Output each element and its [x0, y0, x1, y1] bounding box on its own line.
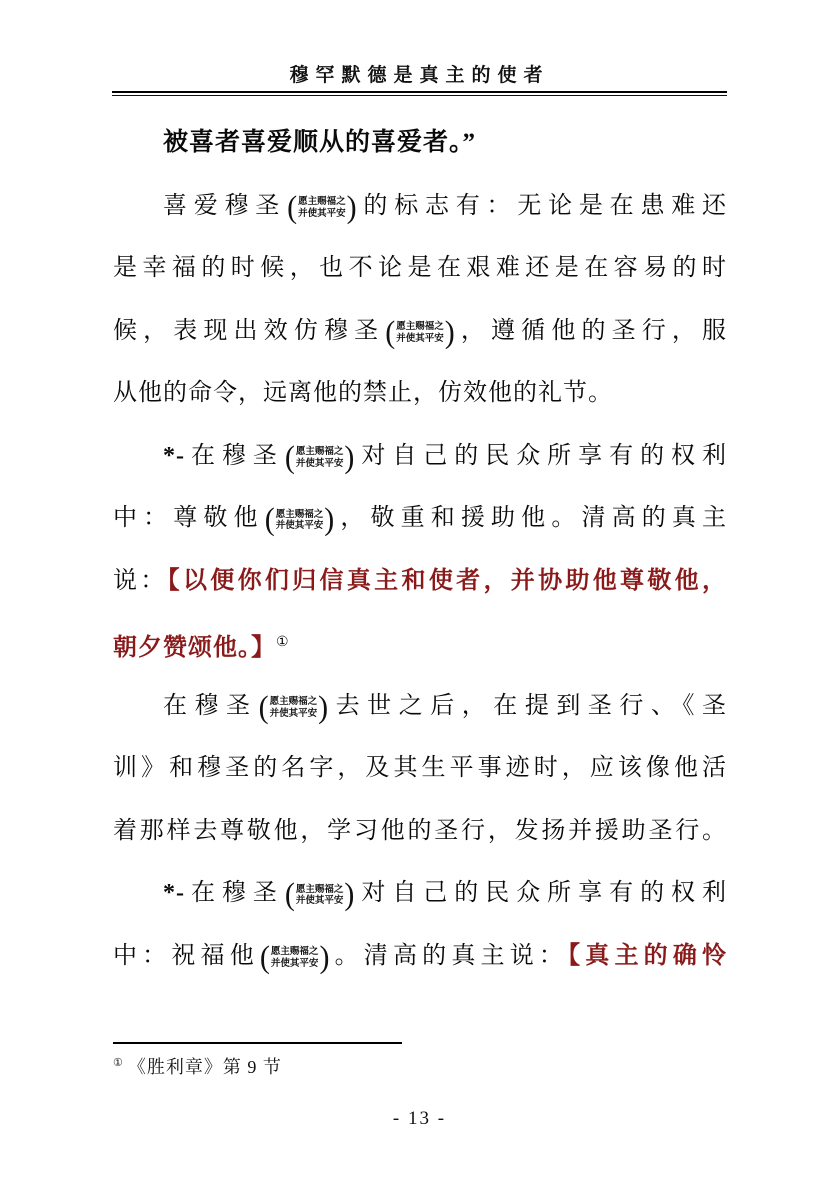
blessing-line2: 并使其平安 — [276, 520, 324, 532]
footnote-separator-rule — [113, 1042, 402, 1044]
close-paren-icon: ) — [324, 506, 334, 533]
body-text-segment: 中：祝福他 — [113, 943, 259, 969]
body-text-segment: 在穆圣 — [163, 693, 258, 719]
blessing-annotation: (愿主赐福之并使其平安) — [265, 507, 335, 533]
paragraph-line: 从他的命令，远离他的禁止，仿效他的礼节。 — [113, 362, 727, 425]
body-text-segment: 训》和穆圣的名字，及其生平事迹时，应该像他活 — [113, 755, 727, 781]
body-text-segment: 在穆圣 — [185, 880, 284, 906]
blessing-text: 愿主赐福之并使其平安 — [269, 696, 319, 719]
blessing-line2: 并使其平安 — [396, 333, 444, 345]
open-paren-icon: ( — [287, 194, 297, 221]
blessing-line2: 并使其平安 — [298, 208, 346, 220]
body-text-segment: 候，表现出效仿穆圣 — [113, 318, 384, 344]
paragraph-quote-end: 被喜者喜爱顺从的喜爱者。” — [113, 112, 727, 175]
blessing-annotation: (愿主赐福之并使其平安) — [285, 882, 355, 908]
paragraph-line: 喜爱穆圣(愿主赐福之并使其平安)的标志有：无论是在患难还 — [113, 175, 727, 238]
document-page: 穆罕默德是真主的使者 被喜者喜爱顺从的喜爱者。” 喜爱穆圣(愿主赐福之并使其平安… — [0, 0, 839, 1191]
body-text-segment: 从他的命令，远离他的禁止，仿效他的礼节。 — [113, 380, 613, 406]
header-rule — [112, 91, 727, 96]
blessing-text: 愿主赐福之并使其平安 — [295, 884, 345, 907]
blessing-line2: 并使其平安 — [296, 895, 344, 907]
running-header-title: 穆罕默德是真主的使者 — [0, 60, 839, 87]
open-paren-icon: ( — [259, 694, 269, 721]
open-paren-icon: ( — [265, 506, 275, 533]
body-text-segment: 说： — [113, 568, 168, 594]
body-text-segment: 对自己的民众所享有的权利 — [355, 880, 727, 906]
paragraph-line: 训》和穆圣的名字，及其生平事迹时，应该像他活 — [113, 737, 727, 800]
body-text-segment: 在穆圣 — [185, 443, 284, 469]
body-text-segment: ，遵循他的圣行，服 — [456, 318, 727, 344]
blessing-annotation: (愿主赐福之并使其平安) — [259, 695, 329, 721]
open-paren-icon: ( — [285, 444, 295, 471]
footnote-text: 《胜利章》第 9 节 — [128, 1057, 282, 1077]
paragraph-line: 中：尊敬他(愿主赐福之并使其平安)，敬重和援助他。清高的真主 — [113, 487, 727, 550]
blessing-annotation: (愿主赐福之并使其平安) — [287, 195, 357, 221]
body-text-segment: 对自己的民众所享有的权利 — [355, 443, 727, 469]
footnote-reference: ① — [276, 635, 289, 650]
paragraph-line: 说：【以便你们归信真主和使者，并协助他尊敬他， — [113, 550, 727, 613]
quote-end-text: 被喜者喜爱顺从的喜爱者。” — [163, 129, 476, 156]
paragraph-line: 候，表现出效仿穆圣(愿主赐福之并使其平安)，遵循他的圣行，服 — [113, 300, 727, 363]
blessing-line2: 并使其平安 — [270, 708, 318, 720]
blessing-line1: 愿主赐福之 — [298, 196, 346, 208]
blessing-text: 愿主赐福之并使其平安 — [297, 196, 347, 219]
paragraph-line: *-在穆圣(愿主赐福之并使其平安)对自己的民众所享有的权利 — [113, 425, 727, 488]
blessing-line1: 愿主赐福之 — [396, 321, 444, 333]
blessing-annotation: (愿主赐福之并使其平安) — [385, 320, 455, 346]
body-text: 被喜者喜爱顺从的喜爱者。” 喜爱穆圣(愿主赐福之并使其平安)的标志有：无论是在患… — [113, 112, 727, 987]
blessing-text: 愿主赐福之并使其平安 — [275, 509, 325, 532]
body-text-segment: 的标志有：无论是在患难还 — [358, 193, 727, 219]
footnote-marker: ① — [113, 1057, 123, 1069]
paragraph-line: 着那样去尊敬他，学习他的圣行，发扬并援助圣行。 — [113, 800, 727, 863]
blessing-text: 愿主赐福之并使其平安 — [295, 446, 345, 469]
body-text-segment: 着那样去尊敬他，学习他的圣行，发扬并援助圣行。 — [113, 818, 727, 844]
close-paren-icon: ) — [445, 319, 455, 346]
blessing-line1: 愿主赐福之 — [296, 884, 344, 896]
body-text-segment: 中：尊敬他 — [113, 505, 264, 531]
footnote: ①《胜利章》第 9 节 — [113, 1050, 727, 1080]
paragraph-line: *-在穆圣(愿主赐福之并使其平安)对自己的民众所享有的权利 — [113, 862, 727, 925]
paragraph-line: 中：祝福他(愿主赐福之并使其平安)。清高的真主说：【真主的确怜 — [113, 925, 727, 988]
blessing-line1: 愿主赐福之 — [271, 946, 319, 958]
close-paren-icon: ) — [319, 944, 329, 971]
body-text-segment: 去世之后，在提到圣行、《圣 — [329, 693, 727, 719]
blessing-line2: 并使其平安 — [271, 958, 319, 970]
blessing-line2: 并使其平安 — [296, 458, 344, 470]
body-text-segment: 喜爱穆圣 — [163, 193, 286, 219]
close-paren-icon: ) — [318, 694, 328, 721]
open-paren-icon: ( — [260, 944, 270, 971]
close-paren-icon: ) — [344, 444, 354, 471]
body-text-segment: ，敬重和援助他。清高的真主 — [335, 505, 727, 531]
quran-quote-text: 朝夕赞颂他。】 — [113, 635, 276, 661]
quran-quote-text: 【真主的确怜 — [568, 943, 727, 969]
paragraph-line: 是幸福的时候，也不论是在艰难还是在容易的时 — [113, 237, 727, 300]
body-text-segment: 是幸福的时候，也不论是在艰难还是在容易的时 — [113, 255, 727, 281]
blessing-line1: 愿主赐福之 — [276, 509, 324, 521]
blessing-annotation: (愿主赐福之并使其平安) — [260, 945, 330, 971]
quran-quote-text: 【以便你们归信真主和使者，并协助他尊敬他， — [168, 568, 727, 594]
page-number: - 13 - — [0, 1108, 839, 1130]
body-text-segment: 。清高的真主说： — [330, 943, 568, 969]
open-paren-icon: ( — [385, 319, 395, 346]
paragraph-line: 朝夕赞颂他。】① — [113, 612, 727, 675]
close-paren-icon: ) — [344, 881, 354, 908]
bullet-marker: *- — [163, 880, 185, 906]
blessing-annotation: (愿主赐福之并使其平安) — [285, 445, 355, 471]
close-paren-icon: ) — [347, 194, 357, 221]
blessing-line1: 愿主赐福之 — [270, 696, 318, 708]
blessing-line1: 愿主赐福之 — [296, 446, 344, 458]
open-paren-icon: ( — [285, 881, 295, 908]
bullet-marker: *- — [163, 443, 185, 469]
blessing-text: 愿主赐福之并使其平安 — [270, 946, 320, 969]
paragraph-line: 在穆圣(愿主赐福之并使其平安)去世之后，在提到圣行、《圣 — [113, 675, 727, 738]
blessing-text: 愿主赐福之并使其平安 — [395, 321, 445, 344]
